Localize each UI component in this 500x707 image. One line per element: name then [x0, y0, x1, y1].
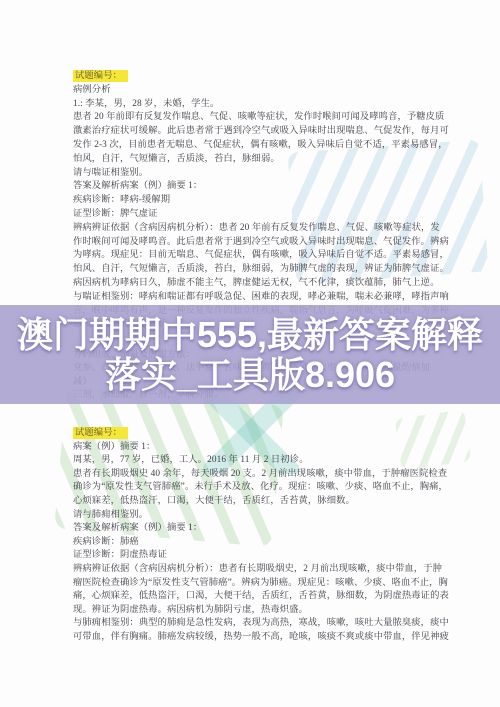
- text-line: 答案及解析病案（例）摘要 1：: [73, 522, 445, 536]
- promo-text-line-1: 澳门期期中555,最新答案解释: [17, 315, 483, 355]
- highlight-label: 试题编号：: [73, 427, 128, 439]
- text-line: 怕风、自汗，气短懒言，舌质淡，苔白，脉细弱，为肺脾气虚的表现，辨证为肺脾气虚证。: [73, 263, 445, 277]
- text-line: 可带血，伴有胸痛。肺癌发病较缓，热势一般不高，呛咳，咳痰不爽或痰中带血，伴见神疲: [73, 631, 445, 645]
- text-line: 现。辨证为阴虚热毒。病因病机为肺阴亏虚，热毒炽盛。: [73, 604, 445, 618]
- text-line: 证型诊断：阴虚热毒证: [73, 549, 445, 563]
- text-line: 证型诊断：脾气虚证: [73, 208, 445, 222]
- text-line: 激素治疗症状可缓解。此后患者常于遇到冷空气或吸入异味时出现喘息、气促发作，每月可: [73, 125, 445, 139]
- text-line: 疾病诊断：哮病-缓解期: [73, 194, 445, 208]
- text-line: 病因病机为哮病日久，肺虚不能主气，脾虚健运无权，气不化津，痰饮蕴肺，肺气上逆。: [73, 277, 445, 291]
- text-line: 瘤医院检查确诊为“原发性支气管肺癌”。辨病为肺癌。现症见：咳嗽、少痰、咯血不止，…: [73, 577, 445, 591]
- highlight-label: 试题编号：: [73, 70, 128, 82]
- text-line: 病例分析: [73, 84, 445, 98]
- promo-text-line-2: 落实_工具版8.906: [105, 355, 395, 395]
- text-line: 请与肺痈相鉴别。: [73, 509, 445, 523]
- text-line: 试题编号：: [73, 427, 445, 441]
- text-line: 为哮病。现症见：目前无喘息、气促症状，偶有咳嗽，吸入异味后自觉不适。平素易感冒，: [73, 249, 445, 263]
- text-line: 怕风，自汗，气短懒言，舌质淡，苔白，脉细弱。: [73, 153, 445, 167]
- text-line: 答案及解析病案（例）摘要 1：: [73, 180, 445, 194]
- text-line: 确诊为“原发性支气管肺癌”。未行手术及放、化疗。现症：咳嗽、少痰、咯血不止，胸痛…: [73, 481, 445, 495]
- promo-overlay-banner: 澳门期期中555,最新答案解释 落实_工具版8.906: [0, 305, 500, 404]
- text-line: 发作 2-3 次，目前患者无喘息、气促症状，偶有咳嗽，吸入异味后自觉不适，平素易…: [73, 139, 445, 153]
- text-line: 试题编号：: [73, 70, 445, 84]
- text-line: 辨病辨证依据（含病因病机分析）：患者 20 年前有反复发作喘息、气促、咳嗽等症状…: [73, 222, 445, 236]
- case-analysis-section-2: 试题编号：病案（例）摘要 1：周某，男，77 岁，已婚，工人。2016 年 11…: [73, 427, 445, 645]
- case-analysis-section-1: 试题编号：病例分析1.: 李某，男，28 岁，未婚，学生。患者 20 年前即有反…: [73, 70, 445, 332]
- scanned-document-page: 试题编号：病例分析1.: 李某，男，28 岁，未婚，学生。患者 20 年前即有反…: [0, 0, 500, 707]
- text-line: 周某，男，77 岁，已婚，工人。2016 年 11 月 2 日初诊。: [73, 454, 445, 468]
- text-line: 辨病辨证依据（含病因病机分析）：患者有长期吸烟史，2 月前出现咳嗽，痰中带血，于…: [73, 563, 445, 577]
- text-line: 请与喘证相鉴别。: [73, 167, 445, 181]
- text-line: 病案（例）摘要 1：: [73, 441, 445, 455]
- text-line: 与肺痈相鉴别：典型的肺痈是急性发病，表现为高热，寒战，咳嗽，咳吐大量脓臭痰，痰中: [73, 617, 445, 631]
- text-line: 痛，心烦寐差，低热盗汗，口渴，大便干结，舌质红，舌苔黄，脉细数，为阴虚热毒证的表: [73, 590, 445, 604]
- text-line: 与喘证相鉴别：哮病和喘证都有呼吸急促、困难的表现，哮必兼喘，喘未必兼哮，哮指声响: [73, 291, 445, 305]
- text-line: 疾病诊断：肺癌: [73, 536, 445, 550]
- text-line: 作时喉间可闻及哮鸣音。此后患者常于遇到冷空气或吸入异味时出现喘息、气促发作。辨病: [73, 236, 445, 250]
- text-line: 患者 20 年前即有反复发作喘息、气促、咳嗽等症状，发作时喉间可闻及哮鸣音，予糖…: [73, 111, 445, 125]
- text-line: 1.: 李某，男，28 岁，未婚，学生。: [73, 98, 445, 112]
- text-line: 患者有长期吸烟史 40 余年，每天吸烟 20 支。2 月前出现咳嗽，痰中带血，于…: [73, 468, 445, 482]
- text-line: 心烦寐差，低热盗汗，口渴，大便干结，舌质红，舌苔黄，脉细数。: [73, 495, 445, 509]
